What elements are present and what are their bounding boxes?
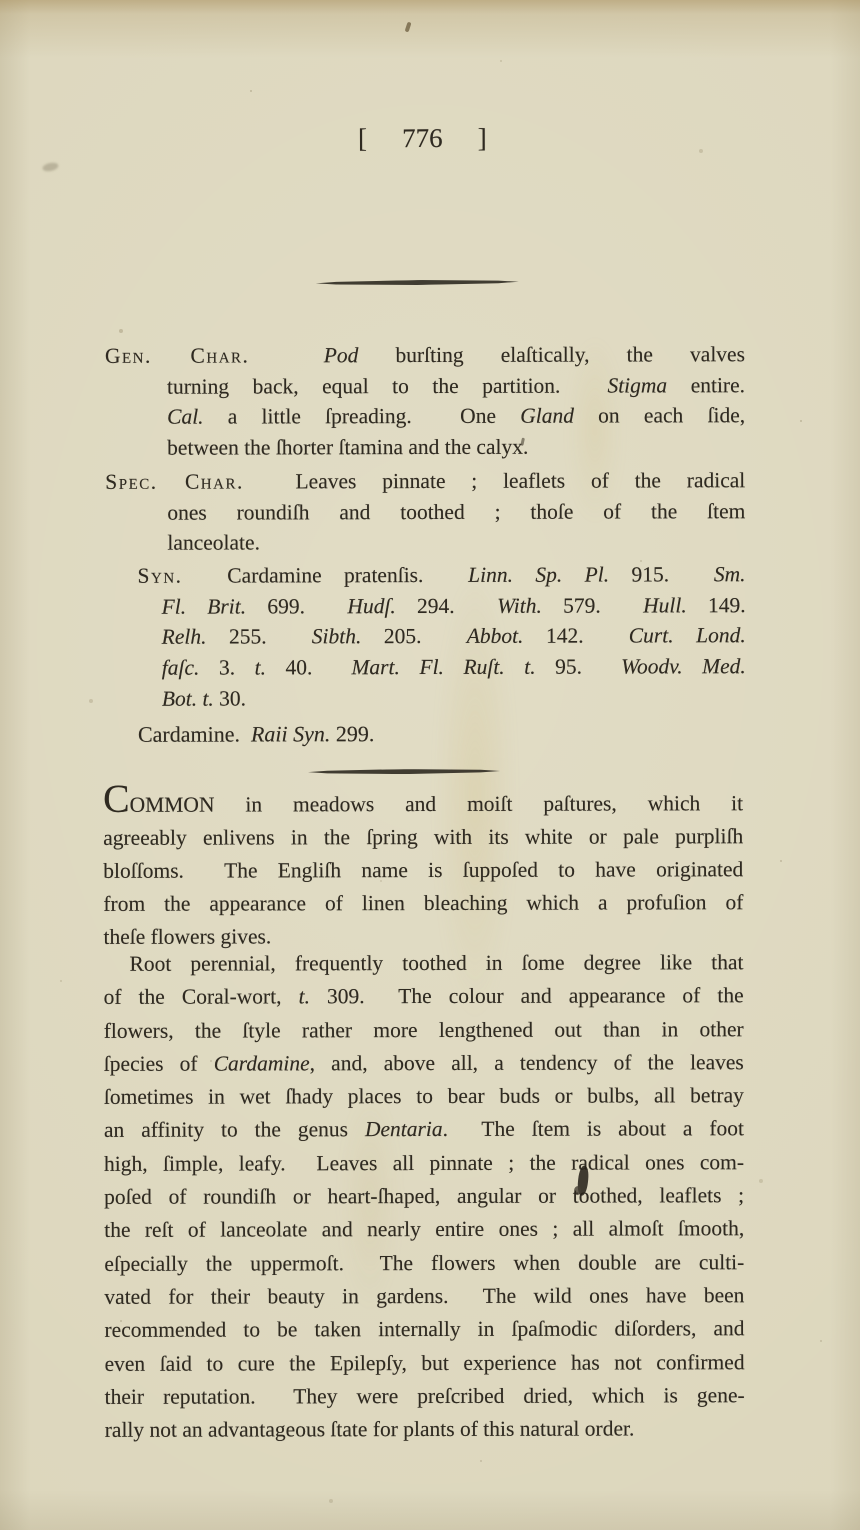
text-segment: Leaves pinnate ; leaflets of the radical <box>244 468 745 493</box>
text-line: Syn. Cardamine pratenſis. Linn. Sp. Pl. … <box>137 559 745 591</box>
text-segment: theſe flowers gives. <box>103 924 271 948</box>
text-segment: between the ſhorter ſtamina and the caly… <box>167 435 528 460</box>
text-segment: their reputation. They were preſcribed d… <box>105 1383 745 1409</box>
text-segment: bloſſoms. The Engliſh name is ſuppoſed t… <box>103 857 743 883</box>
text-segment: lanceolate. <box>167 531 260 555</box>
text-segment: C <box>103 777 130 821</box>
species-title <box>0 185 846 187</box>
text-segment: Hull. <box>643 593 687 617</box>
page-number: [ 776 ] <box>0 121 846 155</box>
text-line <box>0 229 847 231</box>
text-segment: t. <box>299 985 310 1009</box>
text-line: high, ſimple, leafy. Leaves all pinnate … <box>104 1146 744 1181</box>
text-line: of the Coral-wort, t. 309. The colour an… <box>104 979 744 1014</box>
description-paragraph-1: COMMON in meadows and moiſt paſtures, wh… <box>103 787 743 954</box>
text-segment: Gen. Char. <box>105 343 250 367</box>
text-segment: Abbot. <box>467 624 524 648</box>
text-segment: Sm. <box>714 562 746 586</box>
text-segment: Mart. Fl. Ruſt. t. <box>351 655 535 679</box>
text-segment: ones roundiſh and toothed ; thoſe of the… <box>167 499 745 525</box>
text-line: Bot. t. 30. <box>138 682 746 714</box>
text-segment: Bot. t. <box>162 686 214 710</box>
text-segment: eſpecially the uppermoſt. The flowers wh… <box>104 1250 744 1276</box>
text-line: lanceolate. <box>105 527 745 559</box>
text-segment: Fl. Brit. <box>162 594 247 618</box>
text-segment: an affinity to the genus <box>104 1118 365 1143</box>
book-page: [ 776 ] Gen. Char. Pod burſting elaſtica… <box>0 0 860 1530</box>
text-line: poſed of roundiſh or heart-ſhaped, angul… <box>104 1179 744 1214</box>
text-segment: Woodv. Med. <box>621 654 746 678</box>
text-segment: , and, above all, a tendency of the leav… <box>310 1050 744 1075</box>
text-segment: Stigma <box>607 373 667 397</box>
text-segment: high, ſimple, leafy. Leaves all pinnate … <box>104 1150 744 1176</box>
pencil-mark <box>42 161 59 172</box>
generic-character-section: Gen. Char. Pod burſting elaſtically, the… <box>105 339 745 463</box>
text-segment: 30. <box>214 686 246 710</box>
text-line: ones roundiſh and toothed ; thoſe of the… <box>105 496 745 528</box>
ink-speck <box>405 22 412 33</box>
text-segment: t. <box>255 656 266 680</box>
text-segment: Root perennial, frequently toothed in ſo… <box>129 950 743 976</box>
text-segment: Relh. <box>162 625 207 649</box>
text-segment: 149. <box>687 593 746 617</box>
text-segment: agreeably enlivens in the ſpring with it… <box>103 824 743 850</box>
text-segment: Dentaria <box>365 1117 443 1141</box>
text-line: the reſt of lanceolate and nearly entire… <box>104 1213 744 1248</box>
text-segment: faſc. <box>162 656 200 680</box>
text-line: ſpecies of Cardamine, and, above all, a … <box>104 1046 744 1081</box>
text-segment: Pod <box>324 343 359 367</box>
text-segment: ſpecies of <box>104 1051 214 1075</box>
text-line: Fl. Brit. 699. Hudſ. 294. With. 579. Hul… <box>138 590 746 622</box>
text-segment: 255. <box>206 625 311 649</box>
divider-rule-middle <box>308 768 500 774</box>
text-segment: from the appearance of linen bleaching w… <box>103 890 743 916</box>
text-line: between the ſhorter ſtamina and the caly… <box>105 431 745 463</box>
divider-rule-top <box>316 279 519 286</box>
text-segment: the reſt of lanceolate and nearly entire… <box>104 1217 744 1243</box>
text-segment: Linn. Sp. Pl. <box>468 563 609 587</box>
text-segment: turning back, equal to the partition. <box>167 373 607 398</box>
text-line: flowers, the ſtyle rather more lengthene… <box>104 1013 744 1048</box>
text-line: from the appearance of linen bleaching w… <box>103 886 743 921</box>
text-line: bloſſoms. The Engliſh name is ſuppoſed t… <box>103 853 743 888</box>
text-line: Root perennial, frequently toothed in ſo… <box>103 946 743 981</box>
text-line: recommended to be taken internally in ſp… <box>104 1312 744 1347</box>
text-segment: poſed of roundiſh or heart-ſhaped, angul… <box>104 1183 744 1209</box>
text-segment: Sibth. <box>312 625 362 649</box>
text-segment: rally not an advantageous ſtate for plan… <box>105 1417 635 1442</box>
text-line: agreeably enlivens in the ſpring with it… <box>103 820 743 855</box>
synonym-secondary-line: Cardamine. Raii Syn. 299. <box>138 718 758 750</box>
text-segment: Cardamine <box>214 1051 310 1075</box>
text-segment: Gland <box>520 404 574 428</box>
text-segment: flowers, the ſtyle rather more lengthene… <box>104 1017 744 1043</box>
text-segment: Curt. Lond. <box>629 624 746 648</box>
synonyms-section: Syn. Cardamine pratenſis. Linn. Sp. Pl. … <box>137 559 745 714</box>
text-segment: of the Coral-wort, <box>104 985 299 1010</box>
text-segment: 294. <box>396 594 497 618</box>
text-segment: With. <box>497 593 542 617</box>
text-line: even ſaid to cure the Epilepſy, but expe… <box>105 1346 745 1381</box>
description-paragraph-2: Root perennial, frequently toothed in ſo… <box>103 946 744 1447</box>
text-line <box>0 305 847 307</box>
text-line: Cardamine. Raii Syn. 299. <box>138 718 758 750</box>
text-segment: burſting elaſtically, the valves <box>358 342 745 367</box>
text-segment: Cal. <box>167 405 204 429</box>
text-segment: 299. <box>330 721 374 746</box>
page-content: [ 776 ] Gen. Char. Pod burſting elaſtica… <box>0 0 860 1530</box>
text-line: their reputation. They were preſcribed d… <box>105 1379 745 1414</box>
text-segment: entire. <box>667 373 745 397</box>
text-line: Gen. Char. Pod burſting elaſtically, the… <box>105 339 745 371</box>
text-line: rally not an advantageous ſtate for plan… <box>105 1412 745 1447</box>
text-line: faſc. 3. t. 40. Mart. Fl. Ruſt. t. 95. W… <box>138 651 746 683</box>
text-segment: 699. <box>246 594 347 618</box>
text-segment: Hudſ. <box>347 594 395 618</box>
text-segment: ſometimes in wet ſhady places to bear bu… <box>104 1083 744 1109</box>
text-line <box>0 185 846 187</box>
text-line: COMMON in meadows and moiſt paſtures, wh… <box>103 787 743 822</box>
text-line: Relh. 255. Sibth. 205. Abbot. 142. Curt.… <box>138 621 746 653</box>
text-segment: a little ſpreading. One <box>204 404 521 429</box>
text-segment: even ſaid to cure the Epilepſy, but expe… <box>105 1350 745 1376</box>
text-segment: 142. <box>523 624 628 648</box>
common-name-subtitle <box>0 229 847 231</box>
specific-character-section: Spec. Char. Leaves pinnate ; leaflets of… <box>105 465 745 559</box>
classification-line <box>0 305 847 307</box>
text-segment: recommended to be taken internally in ſp… <box>104 1316 744 1342</box>
text-segment: Spec. Char. <box>105 469 244 493</box>
text-segment: 205. <box>361 624 466 648</box>
text-line: ſometimes in wet ſhady places to bear bu… <box>104 1079 744 1114</box>
text-line: Spec. Char. Leaves pinnate ; leaflets of… <box>105 465 745 497</box>
text-line: turning back, equal to the partition. St… <box>105 370 745 402</box>
text-segment: Cardamine. <box>138 721 251 746</box>
text-line <box>0 305 847 307</box>
text-segment: 309. The colour and appearance of the <box>310 983 744 1008</box>
text-line: eſpecially the uppermoſt. The flowers wh… <box>104 1246 744 1281</box>
text-segment <box>249 343 323 367</box>
text-segment: Syn. <box>137 564 182 588</box>
text-line: an affinity to the genus Dentaria. The ſ… <box>104 1113 744 1148</box>
text-segment: 3. <box>199 656 254 680</box>
text-segment: 95. <box>536 655 622 679</box>
text-segment: 40. <box>266 655 352 679</box>
text-segment: Cardamine pratenſis. <box>183 563 469 588</box>
text-line: vated for their beauty in gardens. The w… <box>104 1279 744 1314</box>
text-line <box>0 185 846 187</box>
page-number-text: [ 776 ] <box>0 121 846 155</box>
text-segment: vated for their beauty in gardens. The w… <box>104 1283 744 1309</box>
text-segment: Raii Syn. <box>251 721 331 746</box>
text-segment: . The ſtem is about a foot <box>443 1117 744 1142</box>
text-segment: OMMON in meadows and moiſt paſtures, whi… <box>130 791 744 817</box>
text-segment: 915. <box>609 562 714 586</box>
page-number-value: [ 776 ] <box>358 123 487 153</box>
text-segment: on each ſide, <box>574 404 745 428</box>
text-segment: 579. <box>542 593 643 617</box>
text-line <box>0 305 847 307</box>
text-line: Cal. a little ſpreading. One Gland on ea… <box>105 401 745 433</box>
